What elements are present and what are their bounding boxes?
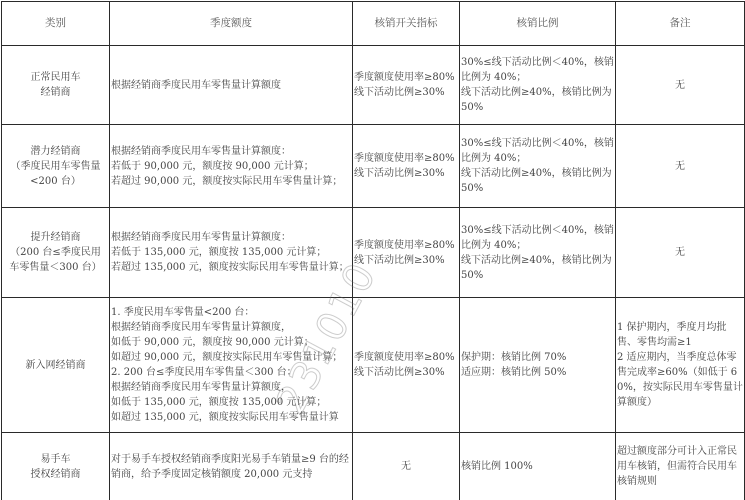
switch-line: 线下活动比例≥30% (354, 85, 458, 100)
switch-line: 无 (354, 459, 458, 474)
remark-line: 无 (617, 159, 743, 174)
category-line: （200 台≤季度民用 (3, 245, 108, 260)
switch-cell: 无 (353, 433, 460, 500)
quota-cell: 根据经销商季度民用车零售量计算额度： 若低于 135,000 元，额度按 135… (110, 208, 353, 298)
remark-cell: 无 (616, 46, 745, 125)
remark-line: 1 保护期内，季度月均批售、零售均需≥1 (617, 320, 743, 350)
ratio-line: 适应期：核销比例 50% (461, 365, 614, 380)
remark-line: 无 (617, 78, 743, 93)
remark-line: 无 (617, 245, 743, 260)
category-line: 正常民用车 (3, 70, 108, 85)
quota-line: 根据经销商季度民用车零售量计算额度 (111, 78, 351, 93)
remark-cell: 1 保护期内，季度月均批售、零售均需≥1 2 适应期内，当季度总体零售完成率≥6… (616, 298, 745, 433)
category-cell: 新入网经销商 (2, 298, 110, 433)
ratio-cell: 30%≤线下活动比例＜40%，核销比例为 40%； 线下活动比例≥40%，核销比… (460, 208, 616, 298)
switch-line: 季度额度使用率≥80% (354, 70, 458, 85)
quota-line: 根据经销商季度民用车零售量计算额度： (111, 144, 351, 159)
switch-cell: 季度额度使用率≥80% 线下活动比例≥30% (353, 125, 460, 208)
remark-cell: 无 (616, 208, 745, 298)
policy-table: 类别 季度额度 核销开关指标 核销比例 备注 正常民用车 经销商 根据经销商季度… (1, 1, 745, 500)
remark-cell: 超过额度部分可计入正常民用车核销，但需符合民用车核销规则 (616, 433, 745, 500)
ratio-cell: 30%≤线下活动比例＜40%，核销比例为 40%； 线下活动比例≥40%，核销比… (460, 125, 616, 208)
quota-line: 根据经销商季度民用车零售量计算额度， (111, 320, 351, 335)
header-quarterly-quota: 季度额度 (110, 2, 353, 46)
category-cell: 正常民用车 经销商 (2, 46, 110, 125)
quota-cell: 根据经销商季度民用车零售量计算额度： 若低于 90,000 元，额度按 90,0… (110, 125, 353, 208)
category-line: 车零售量＜300 台） (3, 260, 108, 275)
category-cell: 提升经销商 （200 台≤季度民用 车零售量＜300 台） (2, 208, 110, 298)
quota-line: 若低于 135,000 元，额度按 135,000 元计算； (111, 245, 351, 260)
quota-line: 2. 200 台≤季度民用车零售量＜300 台： (111, 365, 351, 380)
ratio-cell: 核销比例 100% (460, 433, 616, 500)
quota-cell: 对于易手车授权经销商季度阳光易手车销量≥9 台的经销商，给予季度固定核销额度 2… (110, 433, 353, 500)
ratio-line: 线下活动比例≥40%，核销比例为 50% (461, 166, 614, 196)
quota-line: 若低于 90,000 元，额度按 90,000 元计算； (111, 159, 351, 174)
quota-cell: 根据经销商季度民用车零售量计算额度 (110, 46, 353, 125)
quota-line: 根据经销商季度民用车零售量计算额度， (111, 380, 351, 395)
remark-line: 2 适应期内，当季度总体零售完成率≥60%（如低于 60%，按实际民用车零售量计… (617, 350, 743, 410)
category-cell: 潜力经销商 （季度民用车零售量 <200 台） (2, 125, 110, 208)
quota-line: 如低于 135,000 元，额度按 135,000 元计算； (111, 395, 351, 410)
category-line: 潜力经销商 (3, 144, 108, 159)
switch-line: 季度额度使用率≥80% (354, 151, 458, 166)
quota-cell: 1. 季度民用车零售量<200 台： 根据经销商季度民用车零售量计算额度， 如低… (110, 298, 353, 433)
category-line: 提升经销商 (3, 230, 108, 245)
ratio-cell: 保护期：核销比例 70% 适应期：核销比例 50% (460, 298, 616, 433)
category-line: 授权经销商 (3, 467, 108, 482)
switch-cell: 季度额度使用率≥80% 线下活动比例≥30% (353, 298, 460, 433)
table-row: 提升经销商 （200 台≤季度民用 车零售量＜300 台） 根据经销商季度民用车… (2, 208, 745, 298)
header-category: 类别 (2, 2, 110, 46)
switch-line: 线下活动比例≥30% (354, 365, 458, 380)
category-line: （季度民用车零售量 (3, 159, 108, 174)
category-line: 新入网经销商 (3, 358, 108, 373)
quota-line: 若超过 135,000 元，额度按实际民用车零售量计算； (111, 260, 351, 275)
quota-line: 如低于 90,000 元，额度按 90,000 元计算； (111, 335, 351, 350)
ratio-line: 线下活动比例≥40%，核销比例为 50% (461, 85, 614, 115)
header-remarks: 备注 (616, 2, 745, 46)
switch-line: 线下活动比例≥30% (354, 166, 458, 181)
quota-line: 对于易手车授权经销商季度阳光易手车销量≥9 台的经销商，给予季度固定核销额度 2… (111, 452, 351, 482)
quota-line: 1. 季度民用车零售量<200 台： (111, 305, 351, 320)
category-line: 经销商 (3, 85, 108, 100)
header-writeoff-ratio: 核销比例 (460, 2, 616, 46)
switch-cell: 季度额度使用率≥80% 线下活动比例≥30% (353, 46, 460, 125)
remark-line: 超过额度部分可计入正常民用车核销，但需符合民用车核销规则 (617, 444, 743, 489)
quota-line: 根据经销商季度民用车零售量计算额度： (111, 230, 351, 245)
category-line: 易手车 (3, 452, 108, 467)
switch-line: 季度额度使用率≥80% (354, 350, 458, 365)
table-row: 正常民用车 经销商 根据经销商季度民用车零售量计算额度 季度额度使用率≥80% … (2, 46, 745, 125)
table-row: 潜力经销商 （季度民用车零售量 <200 台） 根据经销商季度民用车零售量计算额… (2, 125, 745, 208)
header-switch-indicator: 核销开关指标 (353, 2, 460, 46)
ratio-line: 核销比例 100% (461, 459, 614, 474)
quota-line: 如超过 90,000 元，额度按实际民用车零售量计算； (111, 350, 351, 365)
remark-cell: 无 (616, 125, 745, 208)
table-row: 易手车 授权经销商 对于易手车授权经销商季度阳光易手车销量≥9 台的经销商，给予… (2, 433, 745, 500)
switch-cell: 季度额度使用率≥80% 线下活动比例≥30% (353, 208, 460, 298)
ratio-cell: 30%≤线下活动比例＜40%，核销比例为 40%； 线下活动比例≥40%，核销比… (460, 46, 616, 125)
ratio-line: 线下活动比例≥40%，核销比例为 50% (461, 253, 614, 283)
switch-line: 季度额度使用率≥80% (354, 238, 458, 253)
category-line: <200 台） (3, 174, 108, 189)
table-row: 新入网经销商 1. 季度民用车零售量<200 台： 根据经销商季度民用车零售量计… (2, 298, 745, 433)
ratio-line: 保护期：核销比例 70% (461, 350, 614, 365)
quota-line: 若超过 90,000 元，额度按实际民用车零售量计算； (111, 174, 351, 189)
switch-line: 线下活动比例≥30% (354, 253, 458, 268)
header-row: 类别 季度额度 核销开关指标 核销比例 备注 (2, 2, 745, 46)
ratio-line: 30%≤线下活动比例＜40%，核销比例为 40%； (461, 223, 614, 253)
ratio-line: 30%≤线下活动比例＜40%，核销比例为 40%； (461, 136, 614, 166)
ratio-line: 30%≤线下活动比例＜40%，核销比例为 40%； (461, 55, 614, 85)
category-cell: 易手车 授权经销商 (2, 433, 110, 500)
quota-line: 如超过 135,000 元，额度按实际民用车零售量计算 (111, 410, 351, 425)
